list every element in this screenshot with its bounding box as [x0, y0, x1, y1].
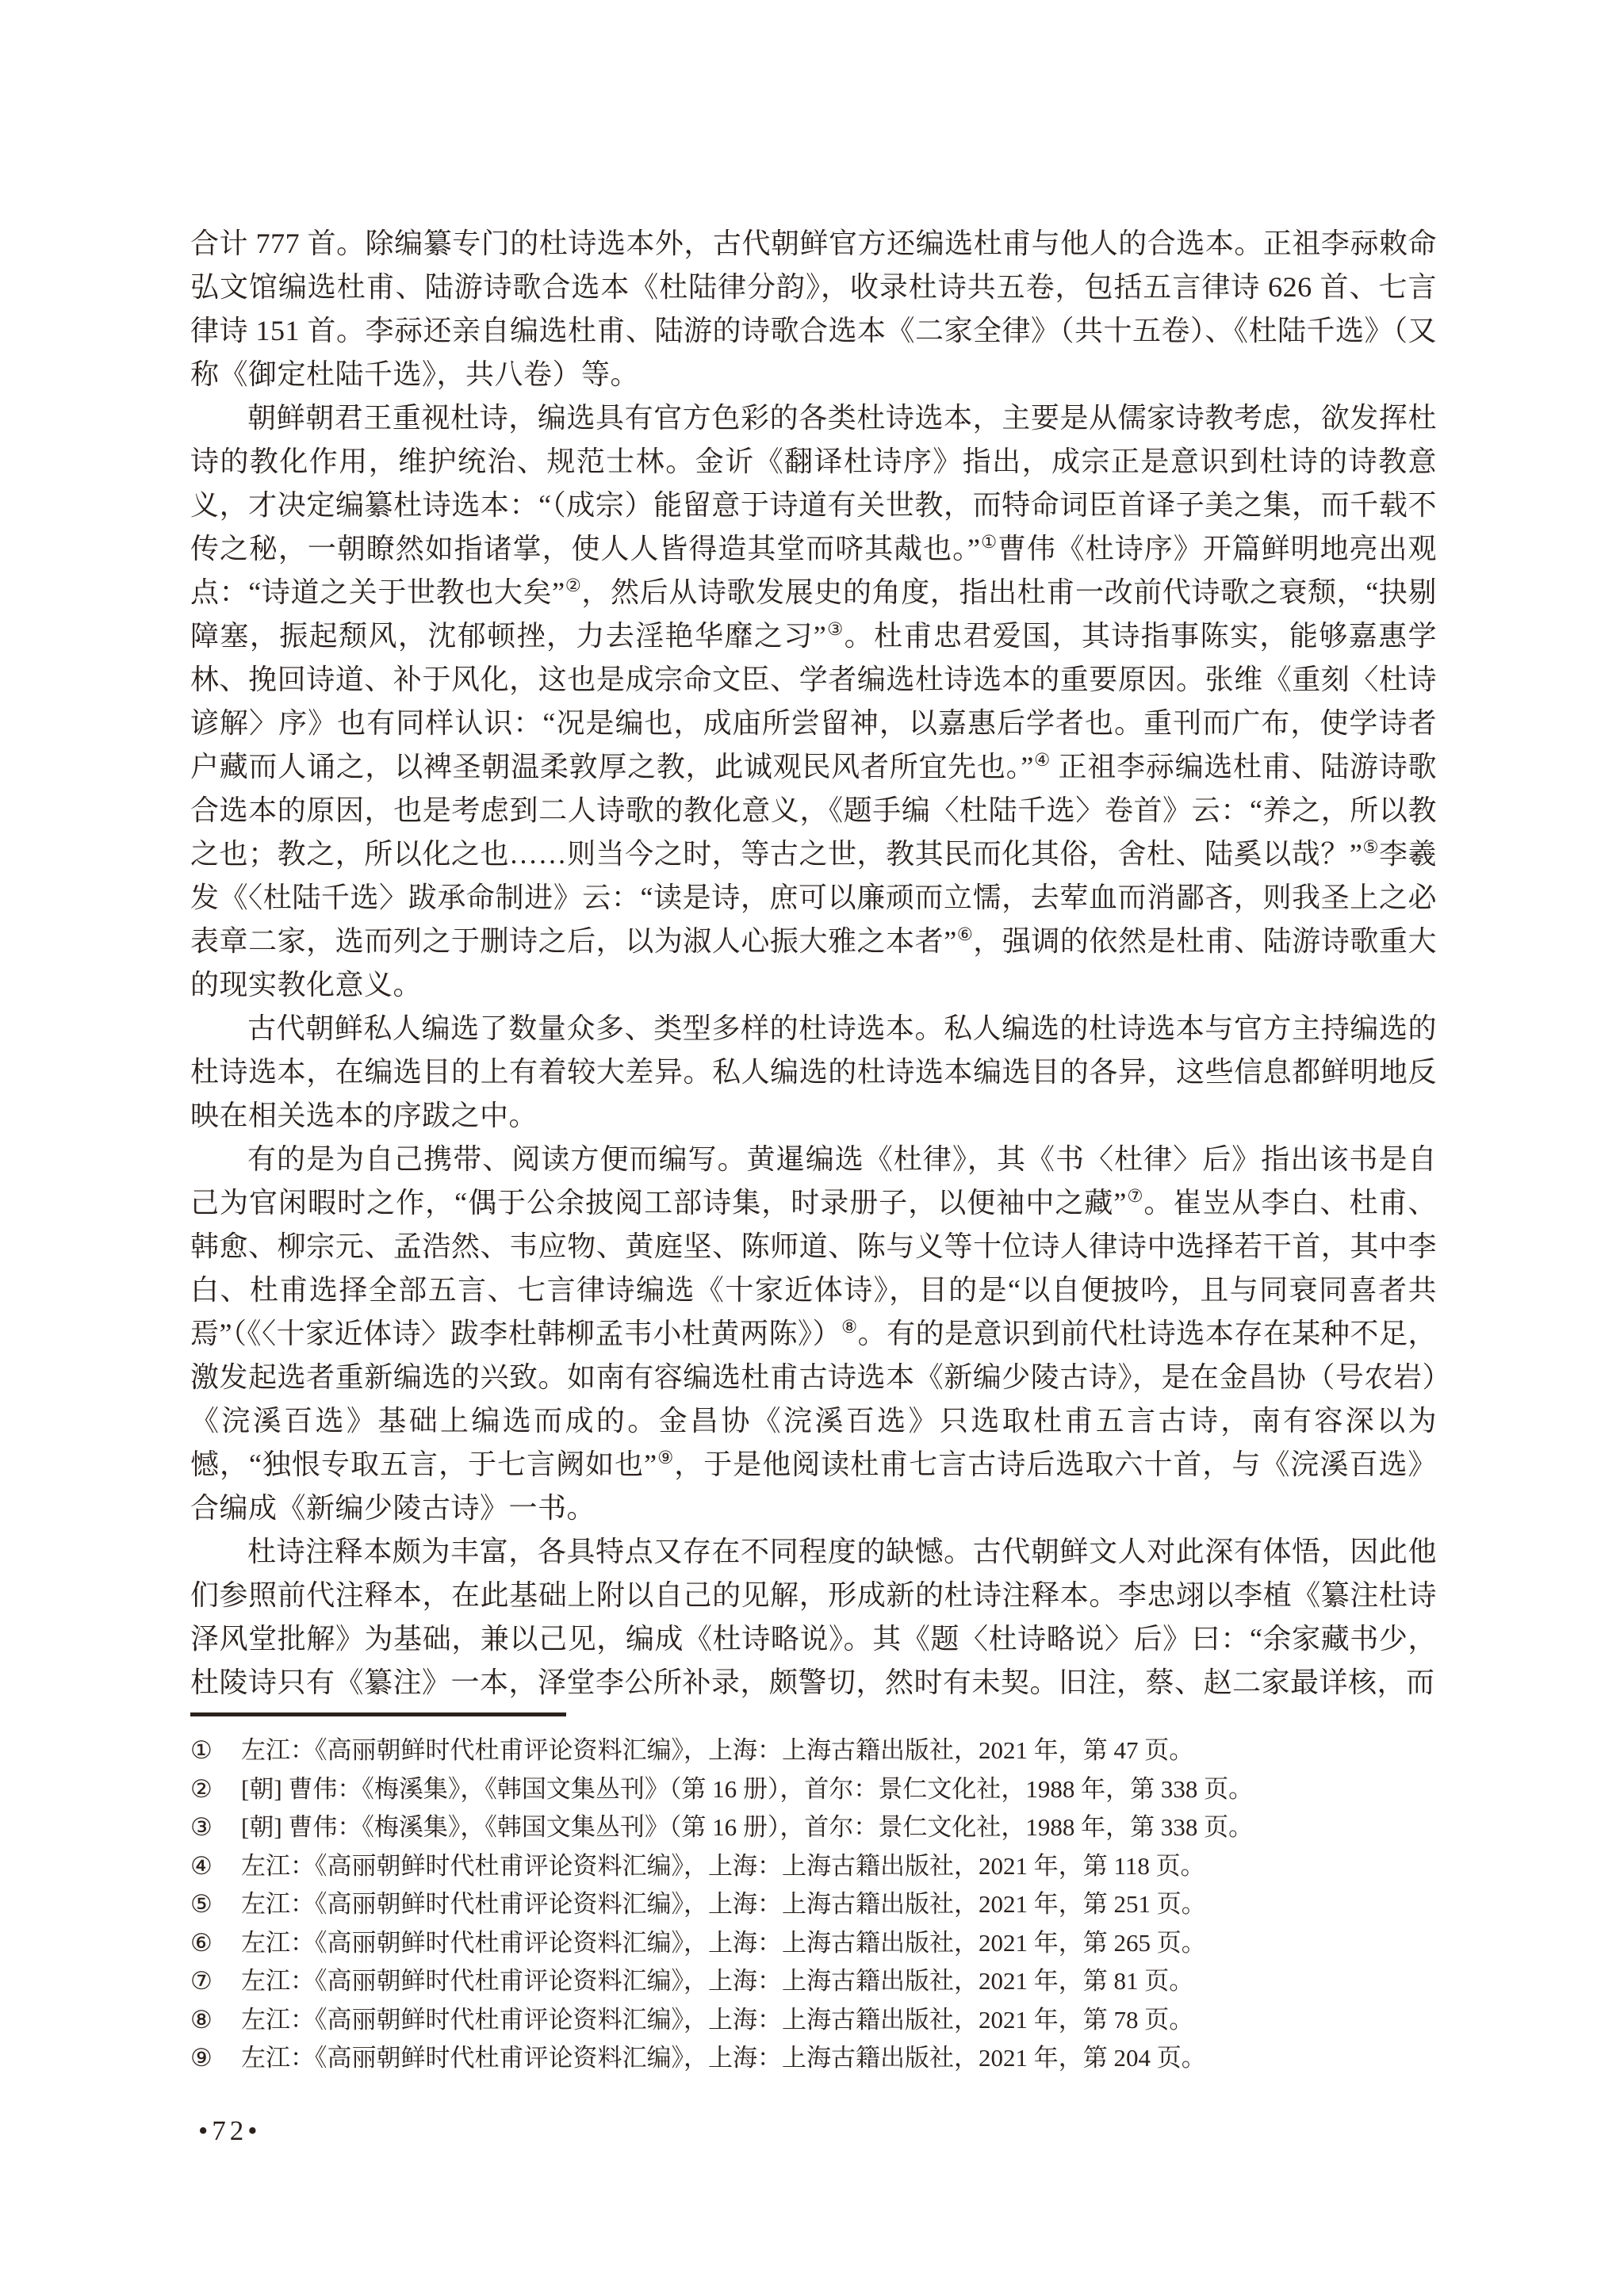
footnote-text: [朝] 曹伟：《梅溪集》，《韩国文集丛刊》（第 16 册），首尔：景仁文化社，1… [241, 1808, 1437, 1847]
footnote-list: ① 左江：《高丽朝鲜时代杜甫评论资料汇编》，上海：上海古籍出版社，2021 年，… [190, 1732, 1437, 2078]
footnote-ref: ⑦ [1127, 1186, 1144, 1206]
footnote-marker: ① [190, 1732, 241, 1770]
footnote-separator-rule [190, 1712, 566, 1716]
paragraph: 杜诗注释本颇为丰富，各具特点又存在不同程度的缺憾。古代朝鲜文人对此深有体悟，因此… [190, 1530, 1437, 1705]
page-number: •72• [198, 2115, 262, 2147]
footnote-item: ② [朝] 曹伟：《梅溪集》，《韩国文集丛刊》（第 16 册），首尔：景仁文化社… [190, 1770, 1437, 1809]
paragraph: 朝鲜朝君王重视杜诗，编选具有官方色彩的各类杜诗选本，主要是从儒家诗教考虑，欲发挥… [190, 396, 1437, 1007]
footnote-item: ① 左江：《高丽朝鲜时代杜甫评论资料汇编》，上海：上海古籍出版社，2021 年，… [190, 1732, 1437, 1770]
document-page: 合计 777 首。除编纂专门的杜诗选本外，古代朝鲜官方还编选杜甫与他人的合选本。… [0, 0, 1624, 2296]
footnote-ref: ⑤ [1362, 837, 1379, 857]
footnote-ref: ③ [826, 619, 844, 639]
footnote-text: 左江：《高丽朝鲜时代杜甫评论资料汇编》，上海：上海古籍出版社，2021 年，第 … [241, 1732, 1437, 1770]
footnote-text: 左江：《高丽朝鲜时代杜甫评论资料汇编》，上海：上海古籍出版社，2021 年，第 … [241, 1962, 1437, 2001]
paragraph: 有的是为自己携带、阅读方便而编写。黄暹编选《杜律》，其《书〈杜律〉后》指出该书是… [190, 1138, 1437, 1530]
footnote-ref: ⑨ [657, 1448, 675, 1468]
footnote-marker: ③ [190, 1808, 241, 1847]
footnote-item: ⑦ 左江：《高丽朝鲜时代杜甫评论资料汇编》，上海：上海古籍出版社，2021 年，… [190, 1962, 1437, 2001]
footnote-ref: ④ [1034, 750, 1051, 770]
paragraph: 合计 777 首。除编纂专门的杜诗选本外，古代朝鲜官方还编选杜甫与他人的合选本。… [190, 222, 1437, 396]
paragraph: 古代朝鲜私人编选了数量众多、类型多样的杜诗选本。私人编选的杜诗选本与官方主持编选… [190, 1007, 1437, 1138]
footnote-marker: ⑤ [190, 1885, 241, 1924]
footnote-ref: ② [565, 576, 582, 595]
footnote-marker: ⑨ [190, 2039, 241, 2078]
footnote-text: 左江：《高丽朝鲜时代杜甫评论资料汇编》，上海：上海古籍出版社，2021 年，第 … [241, 2001, 1437, 2040]
footnote-marker: ② [190, 1770, 241, 1809]
footnote-item: ⑥ 左江：《高丽朝鲜时代杜甫评论资料汇编》，上海：上海古籍出版社，2021 年，… [190, 1924, 1437, 1963]
footnote-text: 左江：《高丽朝鲜时代杜甫评论资料汇编》，上海：上海古籍出版社，2021 年，第 … [241, 2039, 1437, 2078]
footnote-item: ⑤ 左江：《高丽朝鲜时代杜甫评论资料汇编》，上海：上海古籍出版社，2021 年，… [190, 1885, 1437, 1924]
footnote-marker: ⑥ [190, 1924, 241, 1963]
footnote-text: 左江：《高丽朝鲜时代杜甫评论资料汇编》，上海：上海古籍出版社，2021 年，第 … [241, 1885, 1437, 1924]
footnote-marker: ⑧ [190, 2001, 241, 2040]
footnote-text: [朝] 曹伟：《梅溪集》，《韩国文集丛刊》（第 16 册），首尔：景仁文化社，1… [241, 1770, 1437, 1809]
footnote-marker: ④ [190, 1847, 241, 1886]
article-body: 合计 777 首。除编纂专门的杜诗选本外，古代朝鲜官方还编选杜甫与他人的合选本。… [190, 222, 1437, 1705]
footnote-item: ⑧ 左江：《高丽朝鲜时代杜甫评论资料汇编》，上海：上海古籍出版社，2021 年，… [190, 2001, 1437, 2040]
footnote-item: ③ [朝] 曹伟：《梅溪集》，《韩国文集丛刊》（第 16 册），首尔：景仁文化社… [190, 1808, 1437, 1847]
footnote-text: 左江：《高丽朝鲜时代杜甫评论资料汇编》，上海：上海古籍出版社，2021 年，第 … [241, 1847, 1437, 1886]
footnote-ref: ⑥ [957, 924, 974, 944]
footnote-text: 左江：《高丽朝鲜时代杜甫评论资料汇编》，上海：上海古籍出版社，2021 年，第 … [241, 1924, 1437, 1963]
footnote-item: ⑨ 左江：《高丽朝鲜时代杜甫评论资料汇编》，上海：上海古籍出版社，2021 年，… [190, 2039, 1437, 2078]
footnote-ref: ⑧ [841, 1317, 858, 1337]
footnote-item: ④ 左江：《高丽朝鲜时代杜甫评论资料汇编》，上海：上海古籍出版社，2021 年，… [190, 1847, 1437, 1886]
footnote-marker: ⑦ [190, 1962, 241, 2001]
footnote-ref: ① [981, 532, 998, 552]
